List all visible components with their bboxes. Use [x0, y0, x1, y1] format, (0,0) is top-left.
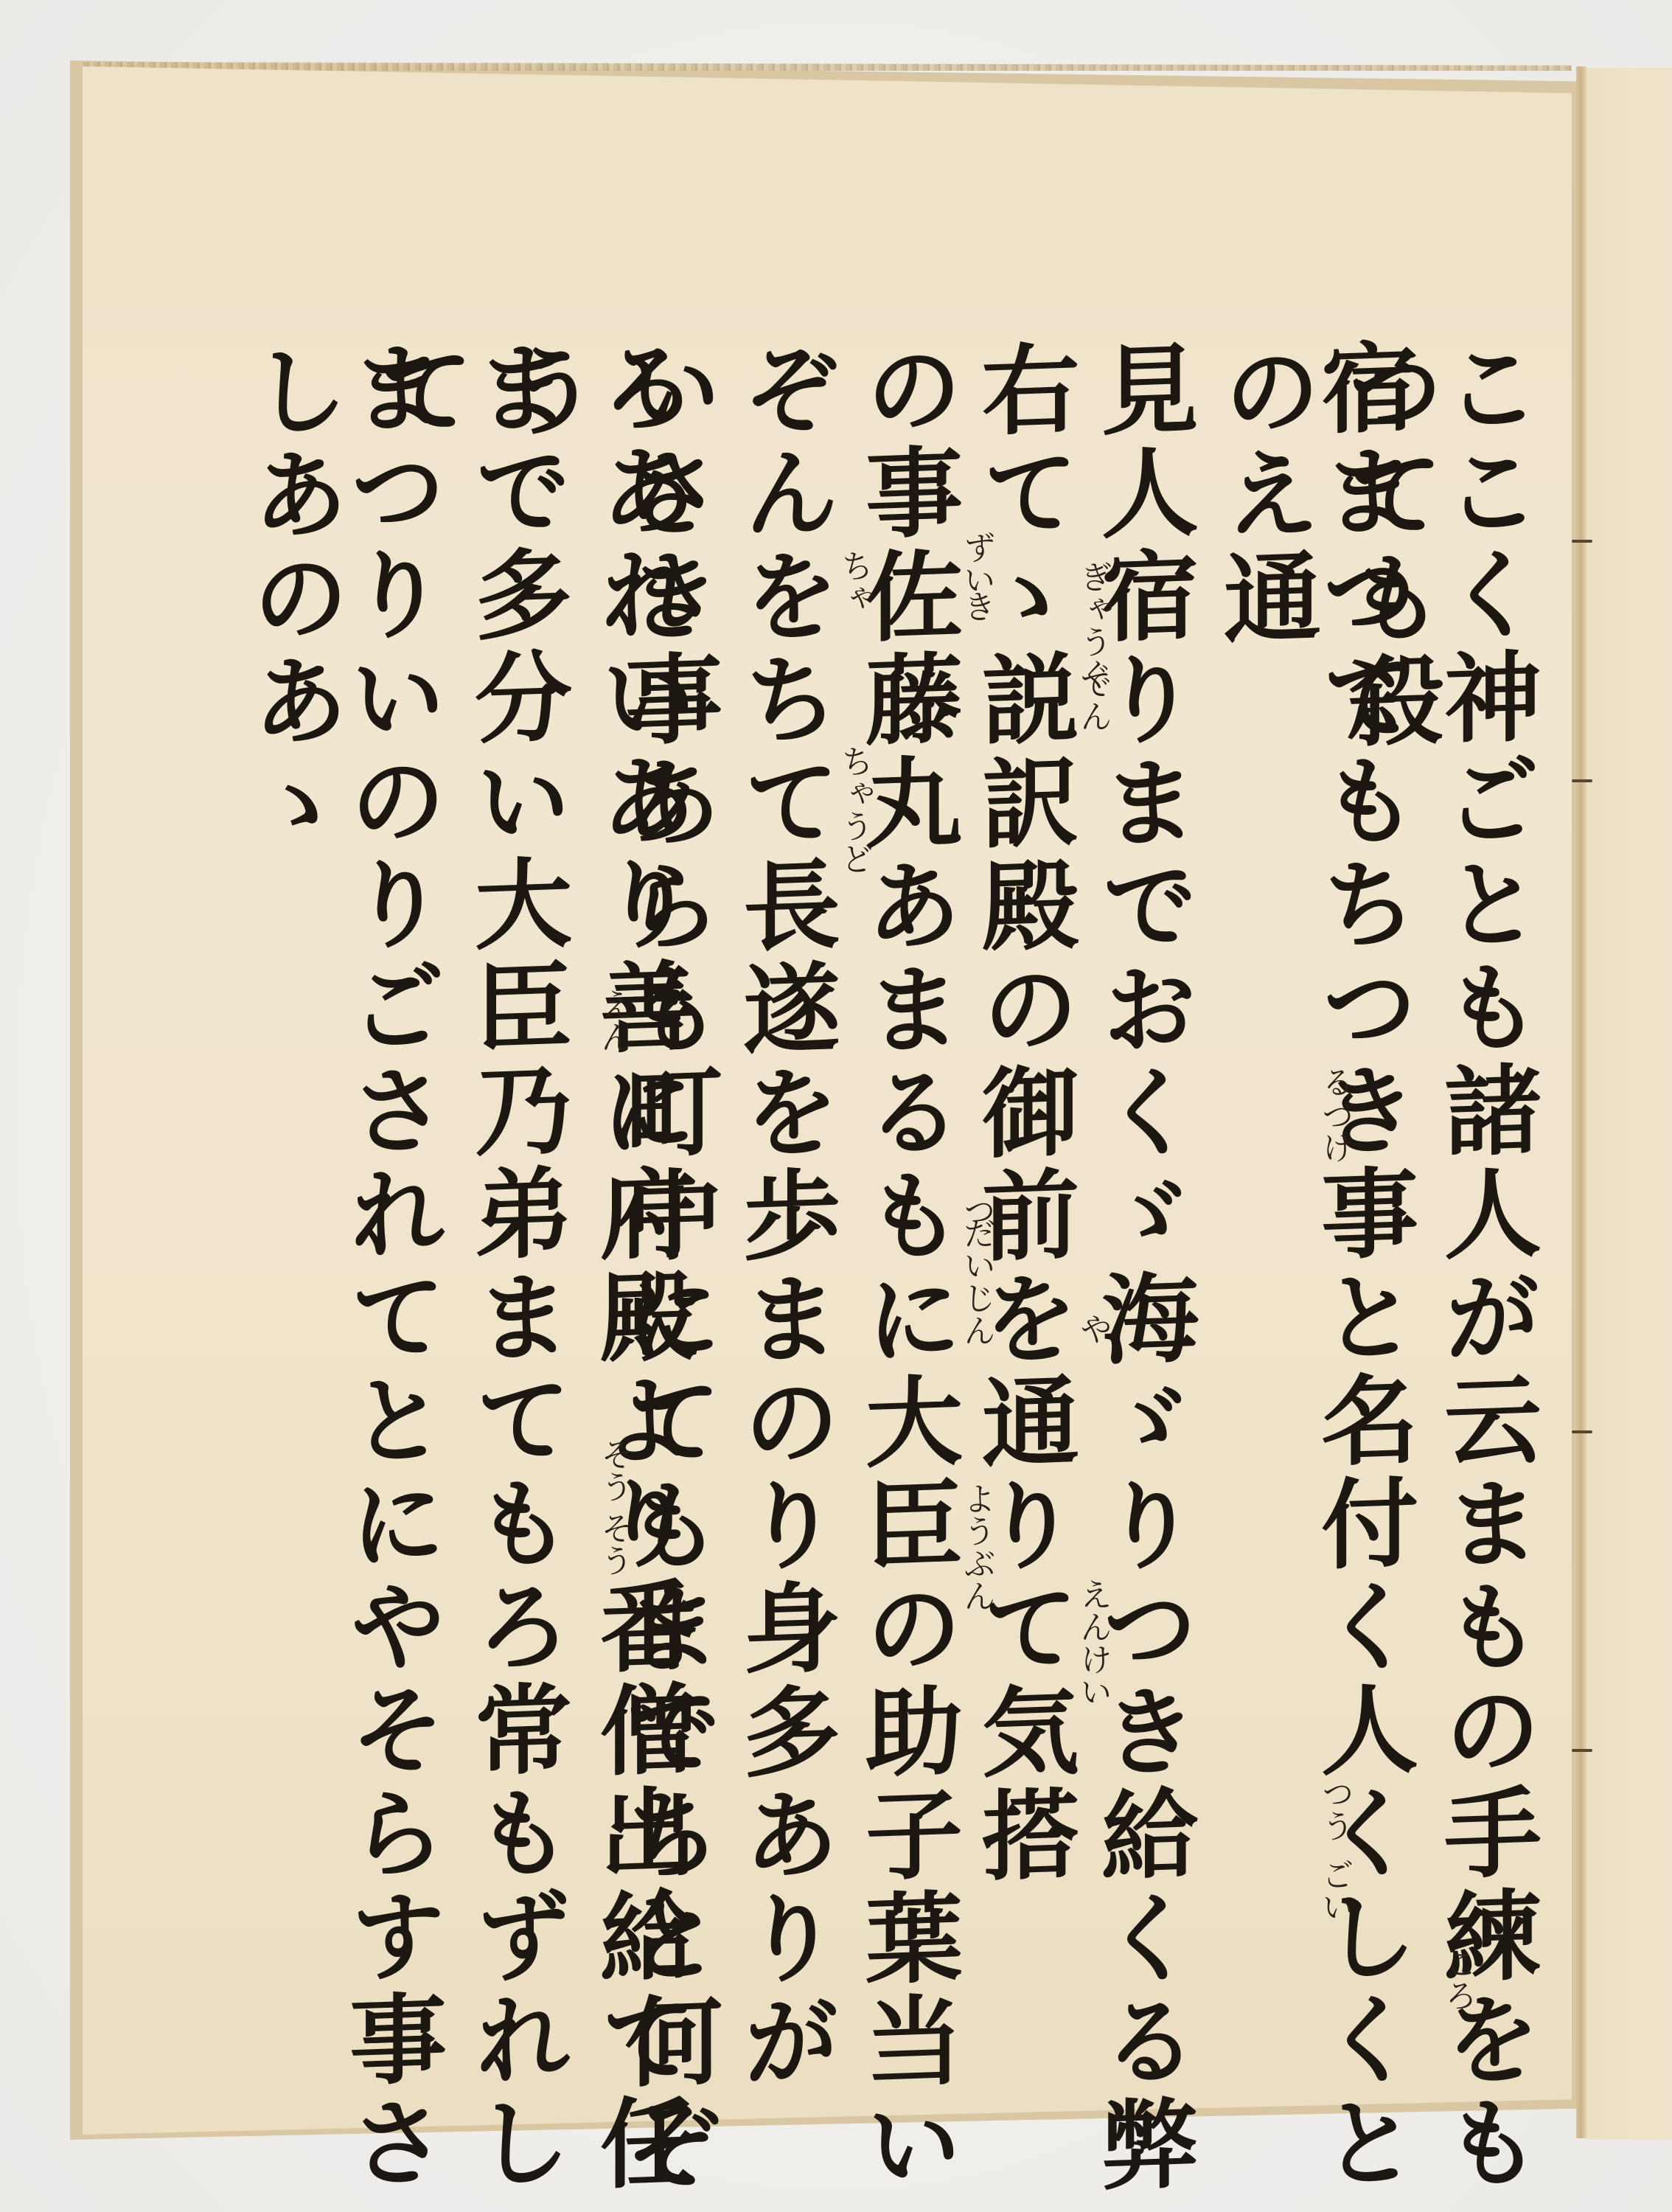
furigana: つう	[1318, 1777, 1351, 1842]
furigana: ちゃうど	[837, 745, 870, 874]
binding-stitch	[1572, 1749, 1592, 1752]
facing-page-edge	[1586, 68, 1672, 2140]
furigana: そう	[597, 1512, 630, 1576]
furigana: でん	[1076, 667, 1109, 732]
furigana: き	[960, 590, 992, 622]
furigana: づけ	[1318, 1099, 1351, 1164]
text-column-2: 宿まつてもちつき事と名付く人くしくとのえ通	[1215, 335, 1410, 2212]
furigana: ずい	[960, 531, 992, 596]
book-gutter	[1576, 66, 1586, 2138]
binding-stitch	[1572, 1430, 1592, 1433]
binding-stitch	[1572, 779, 1592, 782]
text-column-5: の事佐藤丸あまるもに大臣の助子葉当い	[857, 338, 954, 2199]
furigana: だいじん	[960, 1217, 992, 1346]
text-column-10: まつりいのりごされてとにやそらす事さしあのあゝ	[243, 335, 438, 2212]
text-column-6: ぞんをちて長遂を歩まのり身多ありが	[734, 338, 832, 2096]
furigana: えんけい	[1076, 1578, 1109, 1708]
furigana: ようぶん	[960, 1482, 992, 1612]
furigana: や	[1076, 1312, 1109, 1345]
furigana: ころ	[1441, 1947, 1474, 2011]
furigana: えん	[597, 988, 630, 1053]
binding-stitch	[1572, 540, 1592, 543]
furigana: そう	[597, 1438, 630, 1503]
furigana: ちゃ	[837, 549, 870, 614]
furigana: ごい	[1318, 1858, 1351, 1923]
furigana: る	[1318, 1065, 1351, 1098]
